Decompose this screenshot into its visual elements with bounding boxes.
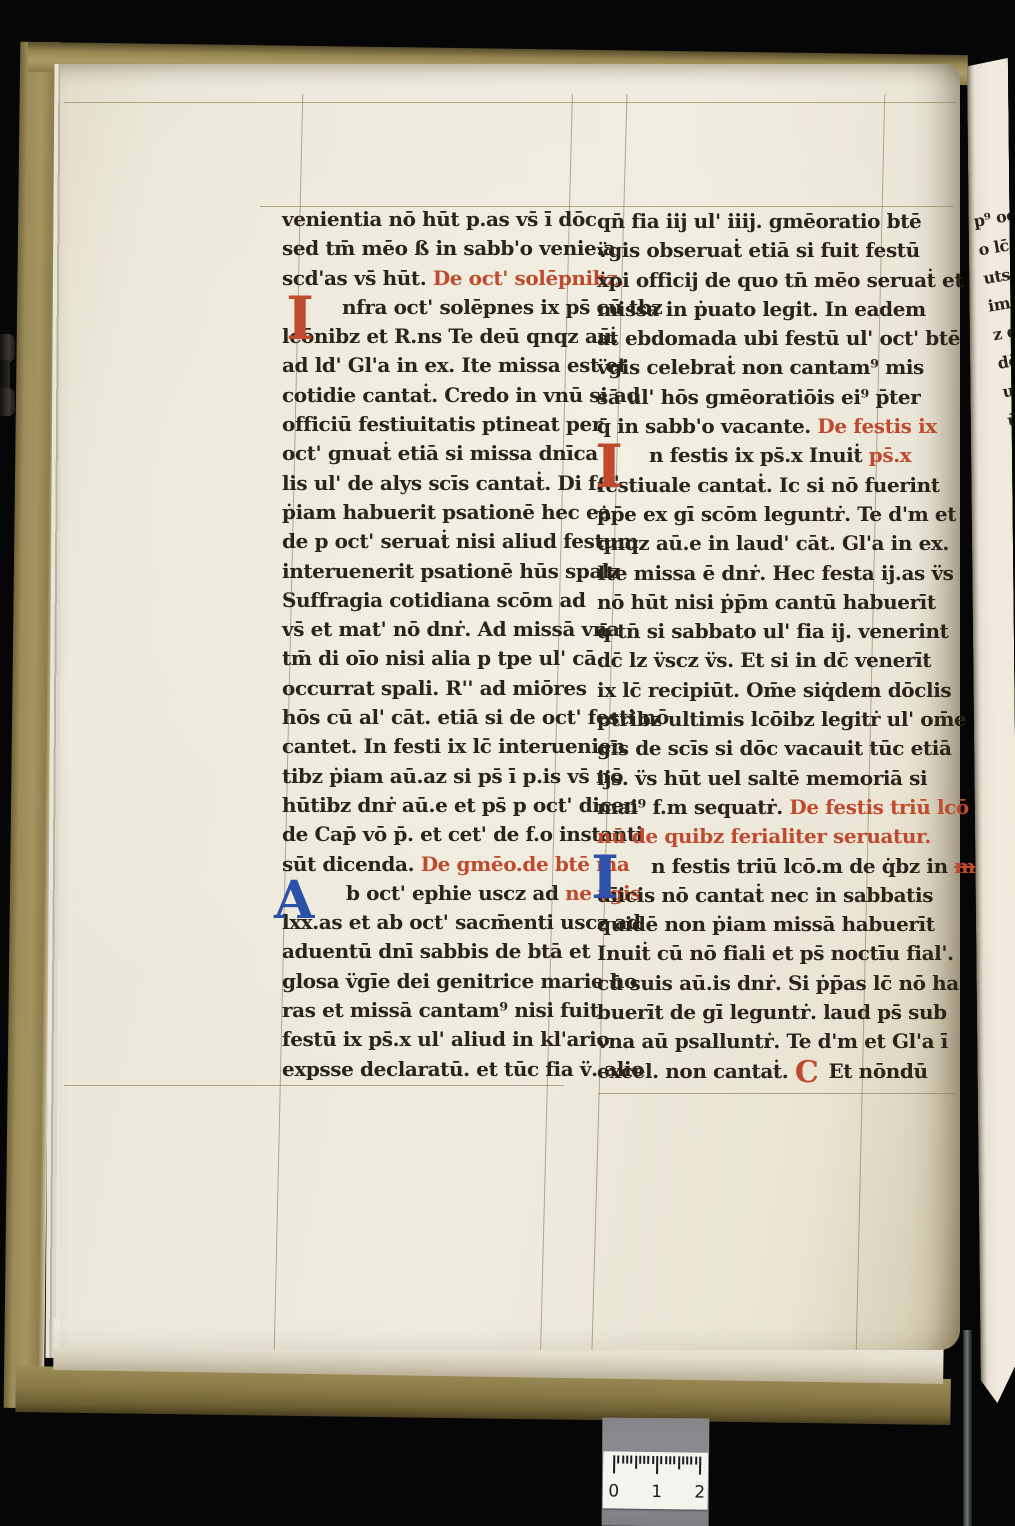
text-line: expsse declaratū. et tūc fia v̈. alio bbox=[282, 1055, 578, 1084]
text-segment: lxx.as et ab oct' sacm̄enti uscz ad bbox=[282, 910, 641, 934]
ruling-line-bottom-right bbox=[598, 1093, 956, 1094]
book-clasp bbox=[0, 334, 16, 416]
text-segment: p⁹ oct' ep bbox=[972, 199, 1015, 231]
ruler-tick bbox=[639, 1456, 641, 1464]
text-line: q̄ in sabb'o vacante. De festis ix bbox=[597, 412, 893, 441]
text-segment: v̈gis obseruaṫ etiā si fuit festū bbox=[597, 238, 920, 262]
clamp-rod bbox=[963, 1330, 972, 1526]
text-segment: officiū festiuitatis ptineat per bbox=[282, 412, 602, 436]
manuscript-page: venientia nō hūt p.as vs̄ ī dōcsed tm̄ m… bbox=[60, 64, 960, 1350]
text-line: nfra oct' solēpnes ix ps̄ cū tbz bbox=[282, 293, 578, 322]
text-line: dc̄ lz v̈scz v̈s. Et si in dc̄ venerīt bbox=[597, 646, 893, 675]
text-segment: oct' gnuaṫ etiā si missa dnīca bbox=[282, 441, 598, 465]
ruler-card: 0 1 2 bbox=[602, 1418, 710, 1526]
ruler-tick bbox=[669, 1456, 671, 1464]
text-line: quidē non ṗiam missā habuerīt bbox=[597, 910, 893, 939]
text-line: excel. non cantaṫ. C Et nōndū bbox=[597, 1057, 893, 1086]
text-line: festū ix ps̄.x ul' aliud in kl'ario bbox=[282, 1025, 578, 1054]
text-segment: nū de quibz ferialiter seruatur. bbox=[597, 824, 931, 848]
text-line: oct' gnuaṫ etiā si missa dnīca bbox=[282, 439, 578, 468]
text-column-left: venientia nō hūt p.as vs̄ ī dōcsed tm̄ m… bbox=[282, 205, 578, 1087]
text-segment: Inuiṫ cū nō fiali et ps̄ noctīu fial'. bbox=[597, 941, 954, 965]
facing-page-fore-edge: p⁹ oct' epo lc̄ de eputs assmimaṫ p̄o l.… bbox=[967, 58, 1015, 1414]
ruler-tick bbox=[686, 1456, 688, 1464]
text-line: cantet. In festi ix lc̄ interuenien bbox=[282, 732, 578, 761]
text-line: aṫ ebdomada ubi festū ul' oct' btē bbox=[597, 324, 893, 353]
text-segment: quidē non ṗiam missā habuerīt bbox=[597, 912, 935, 936]
text-line: ṗp̄e ex gī scōm leguntṙ. Te d'm et bbox=[597, 500, 893, 529]
ruler-tick bbox=[648, 1456, 650, 1464]
ruler-tick bbox=[695, 1457, 697, 1465]
ruler-label-2: 2 bbox=[693, 1483, 707, 1503]
text-segment: ix lc̄ recipiūt. Om̄e siq̇dem dōclis bbox=[597, 678, 951, 702]
text-segment: De oct' solēpnibz. bbox=[433, 266, 624, 290]
text-line: lis ul' de alys scīs cantaṫ. Di f.''' bbox=[282, 469, 578, 498]
text-segment: cotidie cantaṫ. Credo in vnū si ad bbox=[282, 383, 640, 407]
text-line: sā ul' hōs gmēoratiōis ei⁹ p̄ter bbox=[597, 383, 893, 412]
text-segment: missa in ṗuato legit. In eadem bbox=[597, 297, 926, 321]
text-line: ad ld' Gl'a in ex. Ite missa est et bbox=[282, 351, 578, 380]
text-line: cū suis aū.is dnṙ. Si ṗp̄as lc̄ nō ha bbox=[597, 969, 893, 998]
text-line: qn̄ fia iij ul' iiij. gmēoratio btē bbox=[597, 207, 893, 236]
text-segment: occurrat spali. R'' ad miōres bbox=[282, 676, 587, 700]
text-segment: aṫ ebdomada ubi festū ul' oct' btē bbox=[597, 326, 960, 350]
text-line: b oct' ephie uscz ad ne v̈gis bbox=[282, 879, 578, 908]
text-segment: dīicis nō cantaṫ nec in sabbatis bbox=[597, 883, 933, 907]
text-segment: dc̄ lz v̈scz v̈s. Et si in dc̄ venerīt bbox=[597, 648, 931, 672]
text-column-right: qn̄ fia iij ul' iiij. gmēoratio btēv̈gis… bbox=[597, 207, 893, 1089]
text-line: Inuiṫ cū nō fiali et ps̄ noctīu fial'. bbox=[597, 939, 893, 968]
clasp-knob-top bbox=[0, 334, 15, 362]
text-segment: excel. non cantaṫ. bbox=[597, 1059, 795, 1083]
text-line: gīs de scīs si dōc vacauit tūc etiā bbox=[597, 734, 893, 763]
text-line: scd'as vs̄ hūt. De oct' solēpnibz. bbox=[282, 264, 578, 293]
text-line: nū de quibz ferialiter seruatur. bbox=[597, 822, 893, 851]
text-line: sūt dicenda. De gmēo.de btē ma bbox=[282, 850, 578, 879]
ruler-tick bbox=[699, 1457, 701, 1475]
text-line: de Cap̄ vō p̄. et cet' de f.o instanti bbox=[282, 820, 578, 849]
text-segment: Suffragia cotidiana scōm ad bbox=[282, 588, 586, 612]
text-line: hūtibz dnṙ aū.e et ps̄ p oct' dicen bbox=[282, 791, 578, 820]
text-line: missa in ṗuato legit. In eadem bbox=[597, 295, 893, 324]
text-segment: ras et missā cantam⁹ nisi fuit bbox=[282, 998, 599, 1022]
text-segment: vs̄ et mat' nō dnṙ. Ad missā vna bbox=[282, 617, 619, 641]
text-line: n festis triū lcō.m de q̇bz in m bbox=[597, 852, 893, 881]
ruler-tick bbox=[622, 1456, 624, 1464]
ruler-tick bbox=[656, 1456, 658, 1474]
text-segment: mai⁹ f.m sequatṙ. bbox=[597, 795, 789, 819]
text-segment: lis ul' de alys scīs cantaṫ. Di f.''' bbox=[282, 471, 619, 495]
text-segment: tibz ṗiam aū.az si ps̄ ī p.is vs̄ nō bbox=[282, 764, 623, 788]
ruler-tick bbox=[665, 1456, 667, 1464]
ruler-tick bbox=[660, 1456, 662, 1464]
ruler-tick bbox=[682, 1456, 684, 1464]
text-segment: n festis ix ps̄.x Inuiṫ bbox=[649, 443, 869, 467]
text-segment: De festis ix bbox=[817, 414, 936, 438]
scale-ruler: 0 1 2 bbox=[603, 1451, 709, 1509]
text-line: glosa v̈gīe dei genitrice marie ho bbox=[282, 967, 578, 996]
text-segment: sed tm̄ mēo ß in sabb'o venie.a bbox=[282, 236, 616, 260]
text-line: venientia nō hūt p.as vs̄ ī dōc bbox=[282, 205, 578, 234]
text-segment: festiuale cantaṫ. Ic si nō fuerint bbox=[597, 473, 940, 497]
text-line: buerīt de gī leguntṙ. laud ps̄ sub bbox=[597, 998, 893, 1027]
text-line: sed tm̄ mēo ß in sabb'o venie.a bbox=[282, 234, 578, 263]
text-line: lcōnibz et R.ns Te deū qnqz aū. bbox=[282, 322, 578, 351]
text-segment: q̄ in sabb'o vacante. bbox=[597, 414, 817, 438]
text-segment: De festis triū lcō bbox=[789, 795, 968, 819]
text-line: tibz ṗiam aū.az si ps̄ ī p.is vs̄ nō bbox=[282, 762, 578, 791]
text-segment: Et nōndū bbox=[828, 1059, 927, 1083]
text-segment: gīs de scīs si dōc vacauit tūc etiā bbox=[597, 736, 952, 760]
ruler-tick bbox=[673, 1456, 675, 1464]
decorated-initial-I: I bbox=[595, 437, 623, 497]
text-segment: v̈gis celebraṫ non cantam⁹ mis bbox=[597, 355, 924, 379]
text-segment: cantet. In festi ix lc̄ interuenien bbox=[282, 734, 625, 758]
text-segment: sā ul' hōs gmēoratiōis ei⁹ p̄ter bbox=[597, 385, 920, 409]
text-line: vs̄ et mat' nō dnṙ. Ad missā vna bbox=[282, 615, 578, 644]
ruler-tick bbox=[630, 1456, 632, 1464]
text-line: vna aū psalluntṙ. Te d'm et Gl'a ī bbox=[597, 1027, 893, 1056]
text-line: qnqz aū.e in laud' cāt. Gl'a in ex. bbox=[597, 529, 893, 558]
decorated-initial-A: A bbox=[274, 875, 314, 927]
ruler-tick bbox=[678, 1456, 680, 1469]
text-line: tm̄ di oīo nisi alia p tpe ul' cā bbox=[282, 644, 578, 673]
decorated-initial-I: I bbox=[591, 848, 619, 908]
photo-stage: venientia nō hūt p.as vs̄ ī dōcsed tm̄ m… bbox=[0, 0, 1015, 1526]
text-line: ṗiam habuerit psationē hec ea bbox=[282, 498, 578, 527]
text-line: de p oct' seruaṫ nisi aliud festum bbox=[282, 527, 578, 556]
text-line: ptribz ultimis lcōibz legitṙ ul' om̄e bbox=[597, 705, 893, 734]
text-segment: Ite missa ē dnṙ. Hec festa ij.as v̈s bbox=[597, 561, 954, 585]
text-line: n festis ix ps̄.x Inuiṫ ps̄.x bbox=[597, 441, 893, 470]
text-segment: vna aū psalluntṙ. Te d'm et Gl'a ī bbox=[597, 1029, 948, 1053]
ruler-tick bbox=[626, 1456, 628, 1464]
decorated-initial-I: I bbox=[286, 289, 314, 349]
text-segment: buerīt de gī leguntṙ. laud ps̄ sub bbox=[597, 1000, 947, 1024]
text-segment: hūtibz dnṙ aū.e et ps̄ p oct' dicen bbox=[282, 793, 638, 817]
text-line: v̈gis celebraṫ non cantam⁹ mis bbox=[597, 353, 893, 382]
text-line: festiuale cantaṫ. Ic si nō fuerint bbox=[597, 471, 893, 500]
text-line: officiū festiuitatis ptineat per bbox=[282, 410, 578, 439]
text-line: Suffragia cotidiana scōm ad bbox=[282, 586, 578, 615]
text-line: ẋpi officij de quo tn̄ mēo seruaṫ et bbox=[597, 266, 893, 295]
text-line: p⁹ oct' ep bbox=[971, 193, 1015, 236]
text-segment: ad ld' Gl'a in ex. Ite missa est et bbox=[282, 353, 627, 377]
text-segment: lcōnibz et R.ns Te deū qnqz aū. bbox=[282, 324, 618, 348]
text-line: hōs cū al' cāt. etiā si de oct' festi nō bbox=[282, 703, 578, 732]
clasp-knob-bottom bbox=[0, 388, 15, 416]
text-segment: qn̄ fia iij ul' iiij. gmēoratio btē bbox=[597, 209, 921, 233]
ruler-label-0: 0 bbox=[607, 1481, 621, 1501]
text-segment: tm̄ di oīo nisi alia p tpe ul' cā bbox=[282, 646, 597, 670]
text-segment: de p oct' seruaṫ nisi aliud festum bbox=[282, 529, 638, 553]
text-line: occurrat spali. R'' ad miōres bbox=[282, 674, 578, 703]
ruler-tick bbox=[643, 1456, 645, 1464]
ruling-line-top bbox=[64, 102, 956, 103]
ruler-tick bbox=[617, 1455, 619, 1463]
text-line: dīicis nō cantaṫ nec in sabbatis bbox=[597, 881, 893, 910]
text-line: aduentū dnī sabbis de btā et bbox=[282, 937, 578, 966]
clasp-bar bbox=[0, 360, 10, 390]
text-segment: expsse declaratū. et tūc fia v̈. alio bbox=[282, 1057, 644, 1081]
text-line: ix lc̄ recipiūt. Om̄e siq̇dem dōclis bbox=[597, 676, 893, 705]
text-segment: ptribz ultimis lcōibz legitṙ ul' om̄e bbox=[597, 707, 966, 731]
text-line: lxx.as et ab oct' sacm̄enti uscz ad bbox=[282, 908, 578, 937]
text-line: interuenerit psationē hūs spalz bbox=[282, 557, 578, 586]
text-segment: ṗiam habuerit psationē hec ea bbox=[282, 500, 611, 524]
text-segment: C bbox=[795, 1055, 829, 1090]
ruler-tick bbox=[691, 1456, 693, 1464]
text-segment: festū ix ps̄.x ul' aliud in kl'ario bbox=[282, 1027, 609, 1051]
text-segment: ẋpi officij de quo tn̄ mēo seruaṫ et bbox=[597, 268, 963, 292]
text-line: q̄ tn̄ si sabbato ul' fia ij. venerint bbox=[597, 617, 893, 646]
text-segment: m bbox=[954, 854, 975, 878]
ruler-tick bbox=[613, 1455, 615, 1473]
text-segment: glosa v̈gīe dei genitrice marie ho bbox=[282, 969, 637, 993]
text-segment: nō hūt nisi ṗp̄m cantū habuerīt bbox=[597, 590, 936, 614]
text-segment: b oct' ephie uscz ad bbox=[346, 881, 565, 905]
text-line: v̈gis obseruaṫ etiā si fuit festū bbox=[597, 236, 893, 265]
text-line: ijs. v̈s hūt uel saltē memoriā si bbox=[597, 764, 893, 793]
text-segment: venientia nō hūt p.as vs̄ ī dōc bbox=[282, 207, 597, 231]
text-segment: cū suis aū.is dnṙ. Si ṗp̄as lc̄ nō ha bbox=[597, 971, 959, 995]
text-line: mai⁹ f.m sequatṙ. De festis triū lcō bbox=[597, 793, 893, 822]
ruler-label-1: 1 bbox=[650, 1482, 664, 1502]
text-segment: ijs. v̈s hūt uel saltē memoriā si bbox=[597, 766, 927, 790]
text-segment: aduentū dnī sabbis de btā et bbox=[282, 939, 590, 963]
text-segment: ps̄.x bbox=[869, 443, 912, 467]
text-line: ras et missā cantam⁹ nisi fuit bbox=[282, 996, 578, 1025]
text-segment: qnqz aū.e in laud' cāt. Gl'a in ex. bbox=[597, 531, 949, 555]
text-segment: de Cap̄ vō p̄. et cet' de f.o instanti bbox=[282, 822, 643, 846]
text-line: nō hūt nisi ṗp̄m cantū habuerīt bbox=[597, 588, 893, 617]
text-segment: q̄ tn̄ si sabbato ul' fia ij. venerint bbox=[597, 619, 948, 643]
ruler-tick bbox=[652, 1456, 654, 1464]
text-segment: ṗp̄e ex gī scōm leguntṙ. Te d'm et bbox=[597, 502, 956, 526]
text-line: Ite missa ē dnṙ. Hec festa ij.as v̈s bbox=[597, 559, 893, 588]
text-segment: interuenerit psationē hūs spalz bbox=[282, 559, 620, 583]
ruler-tick bbox=[635, 1456, 637, 1469]
text-line: cotidie cantaṫ. Credo in vnū si ad bbox=[282, 381, 578, 410]
edge-text-column: p⁹ oct' epo lc̄ de eputs assmimaṫ p̄o l.… bbox=[971, 193, 1015, 1060]
text-segment: n festis triū lcō.m de q̇bz in bbox=[651, 854, 954, 878]
